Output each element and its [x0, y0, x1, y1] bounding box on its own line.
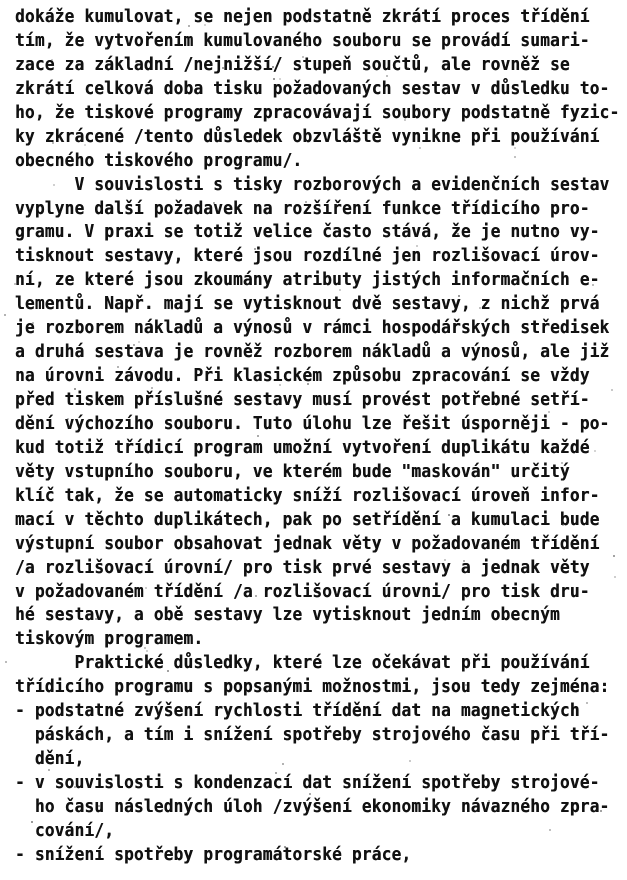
text-line: cování/, — [15, 820, 619, 844]
scan-noise-speck — [48, 769, 50, 771]
scan-noise-speck — [155, 351, 157, 353]
scan-noise-speck — [213, 202, 215, 204]
text-line: tisknout sestavy, které jsou rozdílné je… — [15, 245, 619, 269]
text-line: ní, ze které jsou zkoumány atributy jist… — [15, 269, 619, 293]
text-line: ho, že tiskové programy zpracovávají sou… — [15, 102, 619, 126]
scan-noise-speck — [74, 388, 76, 390]
scan-noise-speck — [347, 426, 349, 428]
scan-noise-speck — [272, 66, 274, 68]
scan-noise-speck — [167, 670, 169, 672]
scan-noise-speck — [600, 810, 602, 812]
scan-noise-speck — [416, 245, 418, 247]
scan-noise-speck — [448, 514, 450, 516]
scan-noise-speck — [309, 793, 311, 795]
scan-noise-speck — [78, 637, 80, 639]
scan-noise-speck — [222, 67, 224, 69]
scan-noise-speck — [458, 295, 460, 297]
text-line: vyplyne další požadavek na rozšíření fun… — [15, 198, 619, 222]
scan-noise-speck — [290, 109, 292, 111]
scan-noise-speck — [98, 805, 100, 807]
text-line: tím, že vytvořením kumulovaného souboru … — [15, 30, 619, 54]
scan-noise-speck — [145, 587, 147, 589]
scan-noise-speck — [562, 524, 564, 526]
scan-noise-speck — [255, 595, 257, 597]
scan-noise-speck — [5, 661, 7, 663]
scan-noise-speck — [407, 67, 409, 69]
text-line: mací v těchto duplikátech, pak po setříd… — [15, 509, 619, 533]
text-line: dění, — [15, 748, 619, 772]
scan-noise-speck — [586, 702, 588, 704]
text-line: zkrátí celková doba tisku požadovaných s… — [15, 78, 619, 102]
scan-noise-speck — [558, 91, 560, 93]
text-line: lementů. Např. mají se vytisknout dvě se… — [15, 293, 619, 317]
scan-noise-speck — [304, 490, 306, 492]
scan-noise-speck — [117, 366, 119, 368]
scan-noise-speck — [459, 399, 461, 401]
scan-noise-speck — [95, 618, 97, 620]
scan-noise-speck — [327, 275, 329, 277]
scan-noise-speck — [611, 389, 613, 391]
scan-noise-speck — [51, 59, 53, 61]
text-line: dokáže kumulovat, se nejen podstatně zkr… — [15, 6, 619, 30]
scan-noise-speck — [339, 289, 341, 291]
text-line: páskách, a tím i snížení spotřeby strojo… — [15, 724, 619, 748]
scanned-page: dokáže kumulovat, se nejen podstatně zkr… — [0, 0, 627, 880]
scan-noise-speck — [144, 647, 146, 649]
scan-noise-speck — [592, 284, 594, 286]
scan-noise-speck — [419, 147, 421, 149]
scan-noise-speck — [32, 322, 34, 324]
text-line: /a rozlišovací úrovní/ pro tisk prvé ses… — [15, 557, 619, 581]
text-line: a druhá sestava je rovněž rozborem nákla… — [15, 341, 619, 365]
scan-noise-speck — [257, 435, 259, 437]
scan-noise-speck — [444, 559, 446, 561]
typewritten-text-block: dokáže kumulovat, se nejen podstatně zkr… — [15, 6, 627, 868]
scan-noise-speck — [146, 650, 148, 652]
text-line: - podstatné zvýšení rychlosti třídění da… — [15, 700, 619, 724]
scan-noise-speck — [67, 418, 69, 420]
scan-noise-speck — [555, 231, 557, 233]
scan-noise-speck — [282, 763, 284, 765]
text-line: výstupní soubor obsahovat jednak věty v … — [15, 533, 619, 557]
text-line: - snížení spotřeby programátorské práce, — [15, 844, 619, 868]
text-line: obecného tiskového programu/. — [15, 150, 619, 174]
scan-noise-speck — [463, 560, 465, 562]
scan-noise-speck — [4, 314, 6, 316]
scan-noise-speck — [14, 283, 16, 285]
scan-noise-speck — [344, 570, 346, 572]
scan-noise-speck — [84, 144, 86, 146]
text-line: před tiskem příslušné sestavy musí prové… — [15, 389, 619, 413]
text-line: ho času následných úloh /zvýšení ekonomi… — [15, 796, 619, 820]
scan-noise-speck — [133, 344, 135, 346]
scan-noise-speck — [151, 387, 153, 389]
scan-noise-speck — [305, 201, 307, 203]
scan-noise-speck — [457, 233, 459, 235]
text-line: na úrovni závodu. Při klasickém způsobu … — [15, 365, 619, 389]
text-line: klíč tak, že se automaticky sníží rozliš… — [15, 485, 619, 509]
scan-noise-speck — [307, 383, 309, 385]
scan-noise-speck — [241, 160, 243, 162]
text-line: ky zkrácené /tento důsledek obzvláště vy… — [15, 126, 619, 150]
text-line: - v souvislosti s kondenzací dat snížení… — [15, 772, 619, 796]
scan-noise-speck — [515, 737, 517, 739]
scan-noise-speck — [52, 142, 54, 144]
scan-noise-speck — [138, 341, 140, 343]
scan-noise-speck — [549, 829, 551, 831]
scan-noise-speck — [50, 18, 52, 20]
text-line: hé sestavy, a obě sestavy lze vytisknout… — [15, 604, 619, 628]
text-line: třídicího programu s popsanými možnostmi… — [15, 676, 619, 700]
scan-noise-speck — [488, 800, 490, 802]
scan-noise-speck — [614, 576, 616, 578]
scan-noise-speck — [31, 821, 33, 823]
scan-noise-speck — [17, 469, 19, 471]
scan-noise-speck — [142, 259, 144, 261]
scan-noise-speck — [465, 684, 467, 686]
scan-noise-speck — [275, 772, 277, 774]
scan-noise-speck — [514, 156, 516, 158]
scan-noise-speck — [514, 147, 516, 149]
scan-noise-speck — [306, 45, 308, 47]
scan-noise-speck — [188, 25, 190, 27]
scan-noise-speck — [258, 782, 260, 784]
scan-noise-speck — [272, 330, 274, 332]
scan-noise-speck — [479, 307, 481, 309]
scan-noise-speck — [373, 351, 375, 353]
scan-noise-speck — [386, 75, 388, 77]
text-line: gramu. V praxi se totiž velice často stá… — [15, 221, 619, 245]
scan-noise-speck — [254, 248, 256, 250]
scan-noise-speck — [561, 462, 563, 464]
scan-noise-speck — [171, 308, 173, 310]
scan-noise-speck — [53, 184, 55, 186]
scan-noise-speck — [548, 411, 550, 413]
scan-noise-speck — [204, 24, 206, 26]
scan-noise-speck — [613, 555, 615, 557]
scan-noise-speck — [279, 78, 281, 80]
scan-noise-speck — [279, 384, 281, 386]
scan-noise-speck — [284, 846, 286, 848]
text-line: zace za základní /nejnižší/ stupeň součt… — [15, 54, 619, 78]
text-line: v požadovaném třídění /a rozlišovací úro… — [15, 581, 619, 605]
scan-noise-speck — [594, 450, 596, 452]
text-line: dění výchozího souboru. Tuto úlohu lze ř… — [15, 413, 619, 437]
text-line: věty vstupního souboru, ve kterém bude "… — [15, 461, 619, 485]
text-line: tiskovým programem. — [15, 628, 619, 652]
scan-noise-speck — [302, 56, 304, 58]
text-line: kud totiž třídicí program umožní vytvoře… — [15, 437, 619, 461]
text-line: je rozborem nákladů a výnosů v rámci hos… — [15, 317, 619, 341]
scan-noise-speck — [409, 760, 411, 762]
scan-noise-speck — [273, 78, 275, 80]
scan-noise-speck — [404, 119, 406, 121]
scan-noise-speck — [74, 786, 76, 788]
text-line: Praktické důsledky, které lze očekávat p… — [15, 652, 619, 676]
scan-noise-speck — [49, 810, 51, 812]
text-line: V souvislosti s tisky rozborových a evid… — [15, 174, 619, 198]
